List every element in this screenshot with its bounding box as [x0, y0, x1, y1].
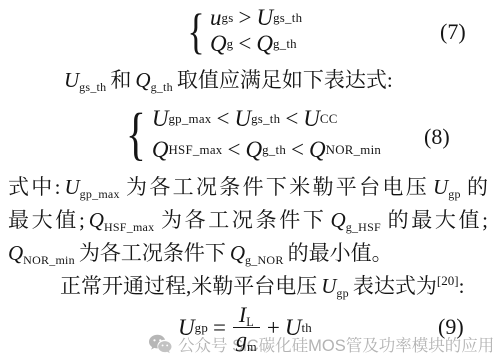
math-var: Q	[135, 68, 150, 92]
equation-9: Ugp = IL gm + Uth	[178, 303, 312, 352]
operator: <	[212, 106, 235, 132]
wechat-icon	[148, 334, 173, 355]
math-var: U	[178, 315, 195, 341]
body-text-line: 最大值;QHSF_max为各工况条件下Qg_HSF的最大值;	[8, 204, 488, 237]
body-text: 的最大值;	[385, 208, 488, 232]
body-text: 为各工况条件下	[79, 241, 226, 265]
math-var: Q	[210, 31, 227, 57]
math-var: U	[433, 175, 448, 199]
operator: +	[262, 315, 285, 341]
math-sub: HSF_max	[104, 220, 154, 234]
math-var: g	[236, 327, 247, 352]
body-text: 的	[465, 175, 488, 199]
body-text: 式中:	[8, 175, 60, 199]
math-var: U	[256, 5, 273, 31]
math-sub: g_HSF	[346, 220, 381, 234]
math-sub: gp_max	[80, 187, 120, 201]
math-var: Q	[309, 137, 326, 163]
operator: =	[208, 315, 231, 341]
math-var: Q	[256, 31, 273, 57]
math-var: Q	[331, 208, 346, 232]
math-sub: g_th	[151, 80, 173, 94]
operator: <	[223, 137, 246, 163]
body-text: 为各工况条件下	[158, 208, 326, 232]
fraction: IL gm	[233, 303, 260, 352]
body-text: 表达式为	[353, 274, 437, 298]
inline-math: Ugp_max	[64, 175, 119, 199]
body-text: 为各工况条件下米勒平台电压	[124, 175, 429, 199]
body-text: 和	[110, 68, 131, 92]
inline-math: Ugp	[433, 175, 461, 199]
operator: <	[286, 137, 309, 163]
inline-math: Ugp	[321, 274, 349, 298]
math-sub: gp	[336, 286, 348, 300]
body-text: 取值应满足如下表达式:	[177, 68, 393, 92]
inline-math: Qg_th	[135, 68, 172, 92]
math-sub: NOR_min	[23, 253, 75, 267]
equation-7-number: (7)	[440, 19, 466, 45]
body-text-line: QNOR_min为各工况条件下Qg_NOR的最小值。	[8, 237, 488, 270]
math-var: U	[64, 68, 79, 92]
equation-7-cases: { ugs>Ugs_th Qg<Qg_th	[184, 5, 302, 57]
body-text-line: Ugs_th和Qg_th取值应满足如下表达式:	[8, 64, 488, 97]
math-var: U	[303, 106, 320, 132]
math-var: u	[210, 5, 222, 31]
math-sub: g_NOR	[245, 253, 284, 267]
equation-8: { Ugp_max<Ugs_th<UCC QHSF_max<Qg_th<QNOR…	[0, 103, 381, 165]
math-var: Q	[245, 137, 262, 163]
body-text-line: 式中:Ugp_max为各工况条件下米勒平台电压Ugp的	[8, 171, 488, 204]
equation-8-row-2: QHSF_max<Qg_th<QNOR_min	[152, 134, 381, 165]
equation-7-row-2: Qg<Qg_th	[210, 31, 302, 57]
body-text: 的最小值。	[288, 241, 393, 265]
math-sub: gs_th	[79, 80, 106, 94]
math-var: Q	[8, 241, 23, 265]
body-text-line: 正常开通过程,米勒平台电压Ugp表达式为[20]:	[8, 270, 488, 303]
inline-math: Ugs_th	[64, 68, 106, 92]
math-var: U	[321, 274, 336, 298]
equation-8-row-1: Ugp_max<Ugs_th<UCC	[152, 103, 381, 134]
cases-brace-icon: {	[187, 6, 204, 56]
body-text: 最大值;	[8, 208, 85, 232]
body-text: :	[459, 274, 465, 298]
math-var: U	[285, 315, 302, 341]
math-var: U	[234, 106, 251, 132]
operator: <	[280, 106, 303, 132]
body-text: 正常开通过程,米勒平台电压	[60, 274, 317, 298]
equation-7: { ugs>Ugs_th Qg<Qg_th	[0, 5, 302, 57]
fraction-numerator: IL	[236, 303, 257, 327]
equation-7-row-1: ugs>Ugs_th	[210, 5, 302, 31]
operator: <	[233, 31, 256, 57]
equation-9-number: (9)	[438, 314, 464, 340]
math-var: U	[64, 175, 79, 199]
citation-reference: [20]	[437, 273, 459, 288]
math-var: Q	[152, 137, 169, 163]
fraction-denominator: gm	[233, 328, 260, 352]
operator: >	[233, 5, 256, 31]
inline-math: Qg_NOR	[230, 241, 284, 265]
math-sub: gp	[448, 187, 460, 201]
equation-8-cases: { Ugp_max<Ugs_th<UCC QHSF_max<Qg_th<QNOR…	[122, 103, 381, 165]
math-var: Q	[230, 241, 245, 265]
cases-brace-icon: {	[126, 105, 146, 163]
inline-math: QNOR_min	[8, 241, 75, 265]
math-var: Q	[89, 208, 104, 232]
equation-8-number: (8)	[424, 124, 450, 150]
math-var: U	[152, 106, 169, 132]
math-sub: m	[247, 340, 257, 354]
inline-math: Qg_HSF	[331, 208, 381, 232]
inline-math: QHSF_max	[89, 208, 155, 232]
